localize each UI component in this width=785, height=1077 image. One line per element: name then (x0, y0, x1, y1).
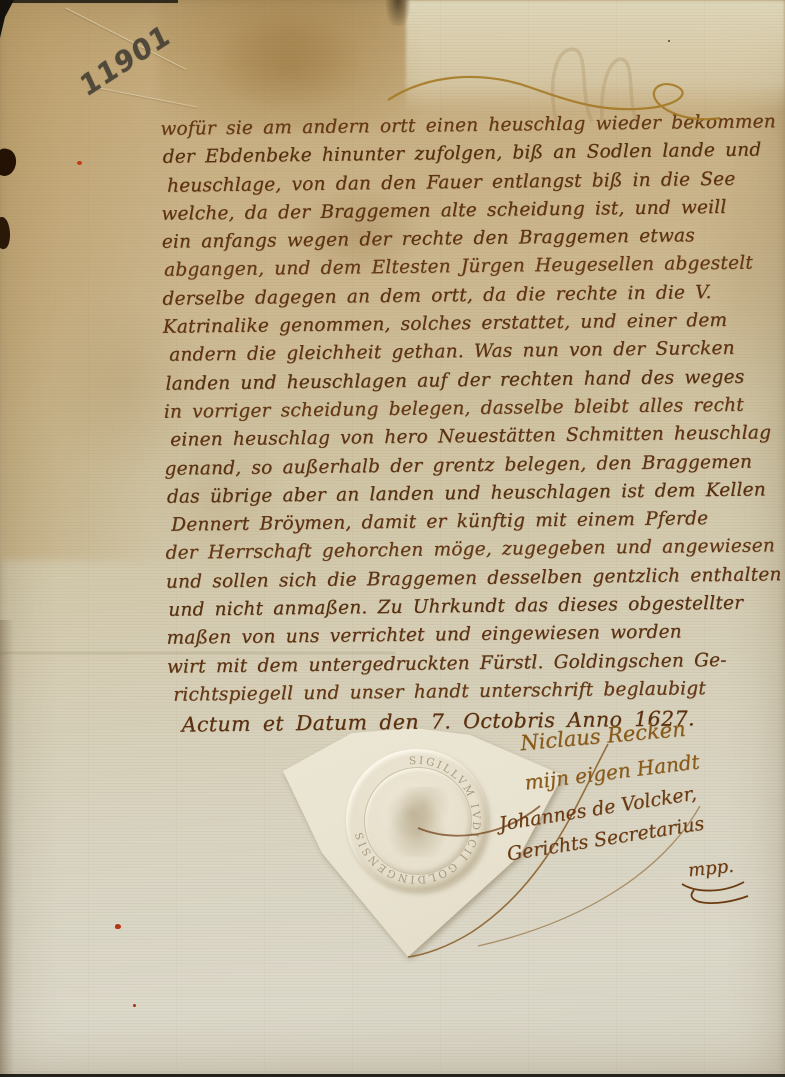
dark-speck (668, 40, 670, 42)
red-sealing-wax-speck (77, 161, 82, 165)
red-sealing-wax-speck (133, 1004, 136, 1007)
scan-edge-top (0, 0, 178, 3)
manuscript-page: 11901 SIGILLVM IVDICII GOLDINGENSIS wofü… (0, 0, 785, 1077)
left-edge-shadow (0, 620, 14, 1077)
manuscript-line: richtspiegell und unser handt unterschri… (167, 674, 781, 710)
seal-legend: SIGILLVM IVDICII GOLDINGENSIS (333, 736, 501, 904)
manuscript-text-block: wofür sie am andern ortt einen heuschlag… (160, 108, 782, 737)
seal-legend-text: SIGILLVM IVDICII GOLDINGENSIS (340, 743, 495, 897)
red-sealing-wax-speck (115, 924, 121, 929)
svg-text:SIGILLVM IVDICII GOLDINGENSIS: SIGILLVM IVDICII GOLDINGENSIS (340, 743, 495, 897)
